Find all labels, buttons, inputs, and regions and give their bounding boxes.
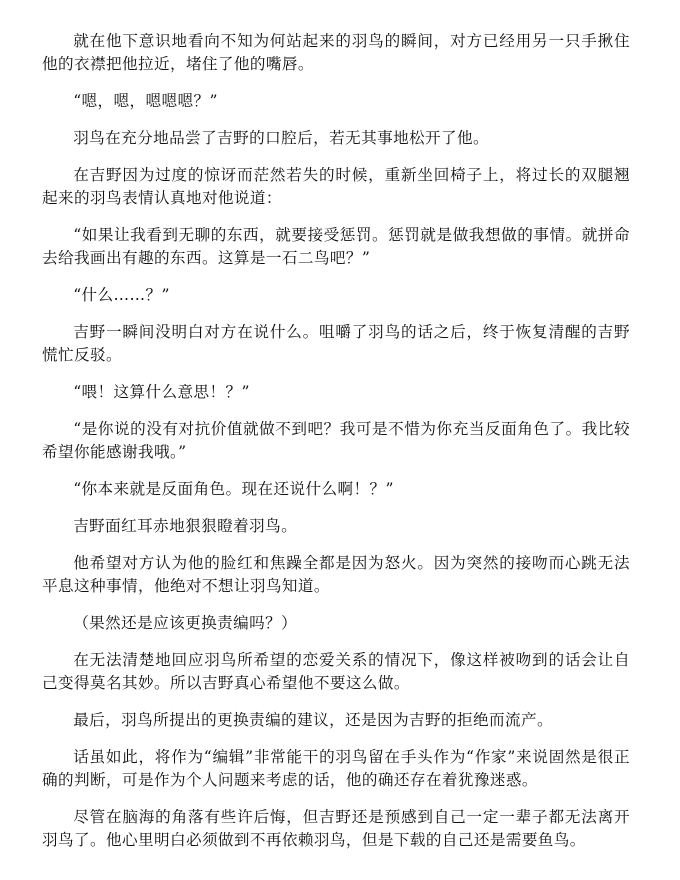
paragraph-12: 他希望对方认为他的脸红和焦躁全都是因为怒火。因为突然的接吻而心跳无法平息这种事情… [42, 552, 630, 598]
paragraph-3: 羽鸟在充分地品尝了吉野的口腔后，若无其事地松开了他。 [42, 127, 630, 150]
document-page: 就在他下意识地看向不知为何站起来的羽鸟的瞬间，对方已经用另一只手揪住他的衣襟把他… [42, 30, 630, 866]
paragraph-8: “喂！这算什么意思！？” [42, 381, 630, 404]
paragraph-17: 尽管在脑海的角落有些许后悔，但吉野还是预感到自己一定一辈子都无法离开羽鸟了。他心… [42, 806, 630, 852]
paragraph-4: 在吉野因为过度的惊讶而茫然若失的时候，重新坐回椅子上，将过长的双腿翘起来的羽鸟表… [42, 164, 630, 210]
paragraph-16: 话虽如此，将作为“编辑”非常能干的羽鸟留在手头作为“作家”来说固然是很正确的判断… [42, 746, 630, 792]
paragraph-13: （果然还是应该更换责编吗？） [42, 612, 630, 635]
paragraph-9: “是你说的没有对抗价值就做不到吧？我可是不惜为你充当反面角色了。我比较希望你能感… [42, 418, 630, 464]
paragraph-15: 最后，羽鸟所提出的更换责编的建议，还是因为吉野的拒绝而流产。 [42, 709, 630, 732]
paragraph-11: 吉野面红耳赤地狠狠瞪着羽鸟。 [42, 515, 630, 538]
paragraph-14: 在无法清楚地回应羽鸟所希望的恋爱关系的情况下，像这样被吻到的话会让自己变得莫名其… [42, 649, 630, 695]
paragraph-6: “什么……？” [42, 284, 630, 307]
paragraph-7: 吉野一瞬间没明白对方在说什么。咀嚼了羽鸟的话之后，终于恢复清醒的吉野慌忙反驳。 [42, 321, 630, 367]
paragraph-5: “如果让我看到无聊的东西，就要接受惩罚。惩罚就是做我想做的事情。就拼命去给我画出… [42, 224, 630, 270]
paragraph-1: 就在他下意识地看向不知为何站起来的羽鸟的瞬间，对方已经用另一只手揪住他的衣襟把他… [42, 30, 630, 76]
paragraph-2: “嗯，嗯，嗯嗯嗯？” [42, 90, 630, 113]
paragraph-10: “你本来就是反面角色。现在还说什么啊！？” [42, 478, 630, 501]
